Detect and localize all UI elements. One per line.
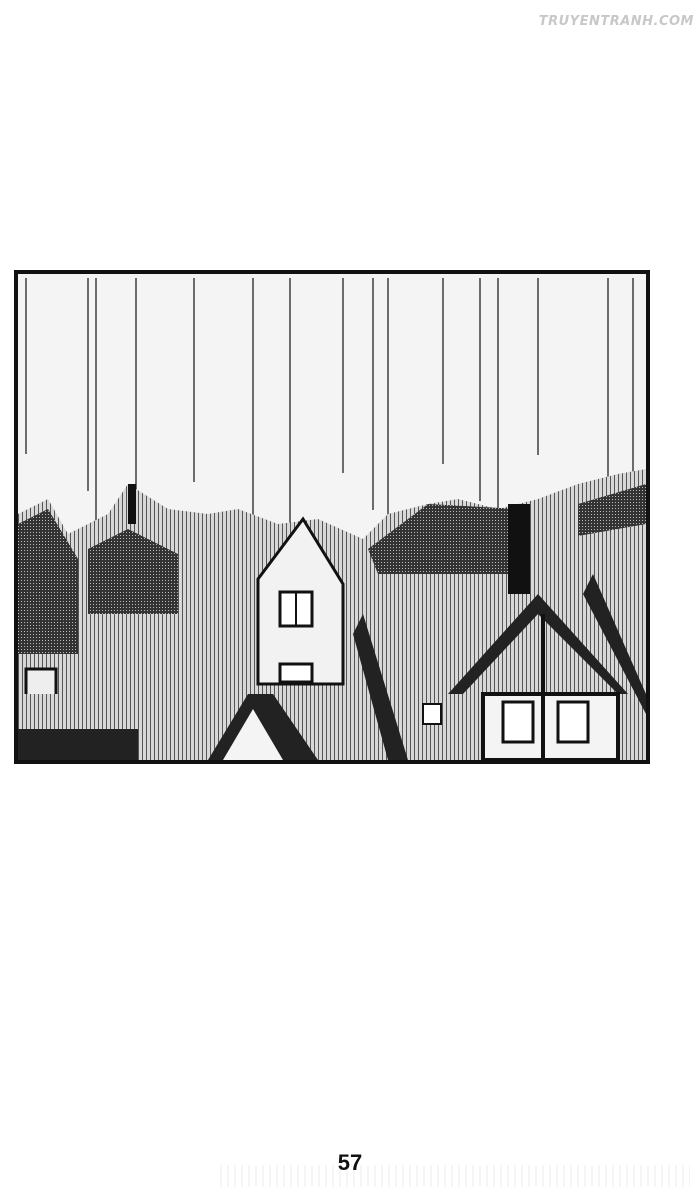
page-number: 57 (0, 1150, 700, 1176)
site-watermark: TRUYENTRANH.COM (539, 14, 694, 29)
village-rooftops-illustration (18, 274, 646, 760)
manga-panel (14, 270, 650, 764)
